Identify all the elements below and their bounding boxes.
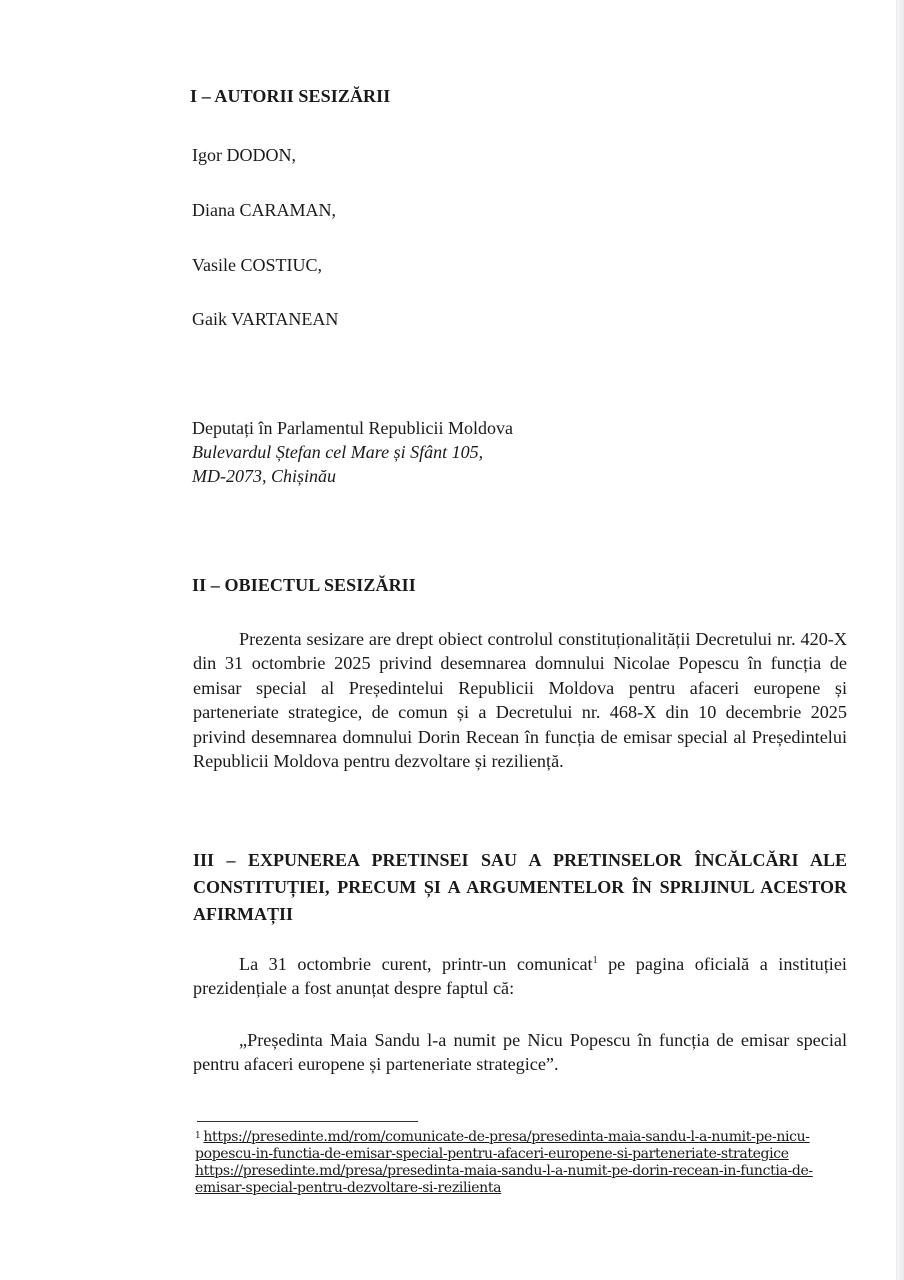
footnote-separator bbox=[197, 1121, 418, 1122]
affiliation: Deputați în Parlamentul Republicii Moldo… bbox=[192, 416, 513, 440]
address-line-1: Bulevardul Ștefan cel Mare și Sfânt 105, bbox=[192, 440, 483, 464]
address-line-2: MD-2073, Chișinău bbox=[192, 464, 336, 488]
paragraph-text: Prezenta sesizare are drept obiect contr… bbox=[193, 629, 847, 771]
paragraph-text: La 31 octombrie curent, printr-un comuni… bbox=[239, 954, 593, 974]
author-name: Igor DODON, bbox=[192, 142, 296, 168]
section-1-heading: I – AUTORII SESIZĂRII bbox=[190, 86, 390, 107]
quote-paragraph: „Președinta Maia Sandu l-a numit pe Nicu… bbox=[193, 1028, 847, 1077]
footnote: 1https://presedinte.md/rom/comunicate-de… bbox=[195, 1128, 855, 1197]
footnote-link-1[interactable]: https://presedinte.md/rom/comunicate-de-… bbox=[195, 1129, 810, 1162]
section-3-paragraph: La 31 octombrie curent, printr-un comuni… bbox=[193, 952, 847, 1001]
section-2-paragraph: Prezenta sesizare are drept obiect contr… bbox=[193, 627, 847, 773]
author-name: Gaik VARTANEAN bbox=[192, 306, 338, 332]
footnote-number: 1 bbox=[195, 1131, 200, 1141]
author-name: Vasile COSTIUC, bbox=[192, 252, 322, 278]
footnote-link-2[interactable]: https://presedinte.md/presa/presedinta-m… bbox=[195, 1163, 813, 1196]
page-edge bbox=[896, 0, 904, 1280]
quote-text: „Președinta Maia Sandu l-a numit pe Nicu… bbox=[193, 1030, 847, 1074]
section-2-heading: II – OBIECTUL SESIZĂRII bbox=[192, 575, 416, 596]
section-3-heading: III – EXPUNEREA PRETINSEI SAU A PRETINSE… bbox=[193, 847, 847, 928]
author-name: Diana CARAMAN, bbox=[192, 197, 336, 223]
